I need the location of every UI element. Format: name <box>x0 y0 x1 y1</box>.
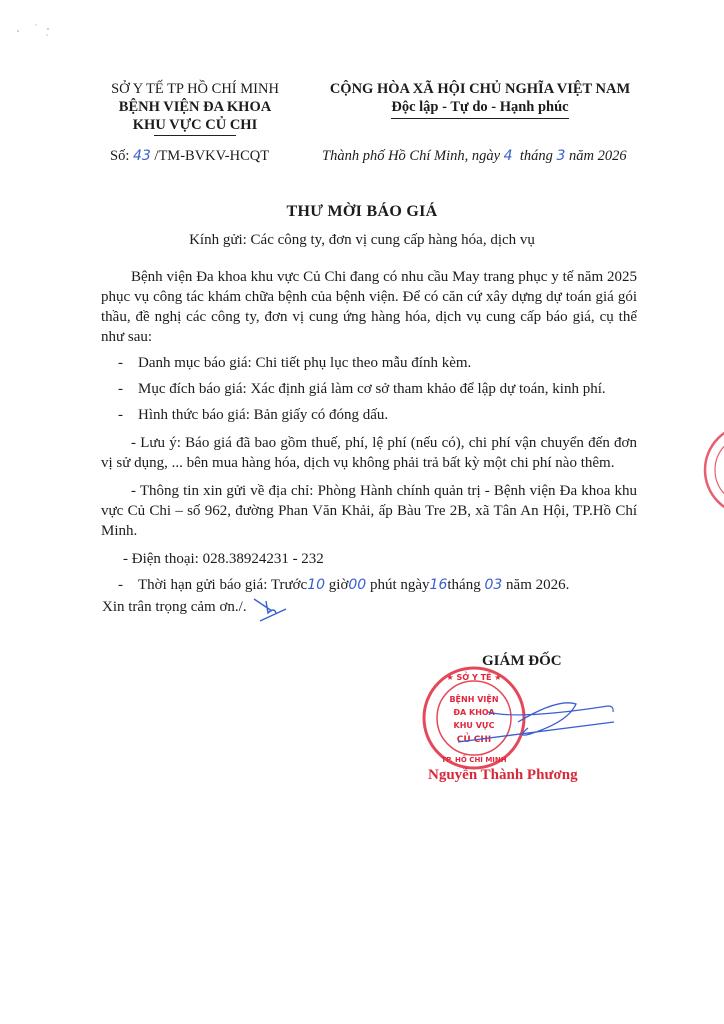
svg-text:KHU VỰC: KHU VỰC <box>454 721 495 730</box>
closing-line: Xin trân trọng cảm ơn./. <box>101 597 637 623</box>
issuer-block: SỞ Y TẾ TP HỒ CHÍ MINH BỆNH VIỆN ĐA KHOA… <box>95 80 295 136</box>
handwritten-month: 3 <box>556 148 565 164</box>
place-date: Thành phố Hồ Chí Minh, ngày 4 tháng 3 nă… <box>322 148 627 165</box>
handwritten-number: 43 <box>133 148 151 164</box>
issuer-hospital: BỆNH VIỆN ĐA KHOA <box>95 98 295 116</box>
initials-mark-icon <box>252 597 292 623</box>
document-title: THƯ MỜI BÁO GIÁ <box>0 203 724 221</box>
list-item: -Hình thức báo giá: Bản giấy có đóng dấu… <box>101 405 637 425</box>
document-number: Số: 43 /TM-BVKV-HCQT <box>110 148 269 165</box>
nation-name: CỘNG HÒA XÃ HỘI CHỦ NGHĨA VIỆT NAM <box>310 80 650 98</box>
letter-body: Bệnh viện Đa khoa khu vực Củ Chi đang có… <box>101 267 637 623</box>
address-paragraph: - Thông tin xin gửi về địa chỉ: Phòng Hà… <box>101 481 637 541</box>
handwritten-day: 4 <box>504 148 513 164</box>
issuer-department: SỞ Y TẾ TP HỒ CHÍ MINH <box>95 80 295 98</box>
handwritten-deadline-month: 03 <box>484 577 502 593</box>
note-paragraph: - Lưu ý: Báo giá đã bao gồm thuế, phí, l… <box>101 433 637 473</box>
handwritten-minute: 00 <box>348 577 366 593</box>
scan-specks <box>10 20 60 40</box>
edge-seal-icon <box>700 415 724 525</box>
intro-paragraph: Bệnh viện Đa khoa khu vực Củ Chi đang có… <box>101 267 637 347</box>
svg-text:TP. HỒ CHÍ MINH: TP. HỒ CHÍ MINH <box>441 754 506 764</box>
national-motto: Độc lập - Tự do - Hạnh phúc <box>391 98 568 119</box>
issuer-area: KHU VỰC CỦ CHI <box>95 116 295 134</box>
phone-line: - Điện thoại: 028.38924231 - 232 <box>101 549 637 569</box>
official-stamp-icon: ★ SỞ Y TẾ ★ BỆNH VIỆN ĐA KHOA KHU VỰC CỦ… <box>418 662 628 772</box>
list-item: -Mục đích báo giá: Xác định giá làm cơ s… <box>101 379 637 399</box>
issuer-underline <box>154 135 236 136</box>
national-heading: CỘNG HÒA XÃ HỘI CHỦ NGHĨA VIỆT NAM Độc l… <box>310 80 650 119</box>
handwritten-deadline-day: 16 <box>430 577 448 593</box>
deadline-line: -Thời hạn gửi báo giá: Trước10 giờ00 phú… <box>101 575 637 595</box>
list-item: -Danh mục báo giá: Chi tiết phụ lục theo… <box>101 353 637 373</box>
handwritten-hour: 10 <box>307 577 325 593</box>
recipient-line: Kính gửi: Các công ty, đơn vị cung cấp h… <box>0 232 724 249</box>
signatory-name: Nguyễn Thành Phương <box>428 767 578 784</box>
svg-text:BỆNH VIỆN: BỆNH VIỆN <box>449 694 498 704</box>
